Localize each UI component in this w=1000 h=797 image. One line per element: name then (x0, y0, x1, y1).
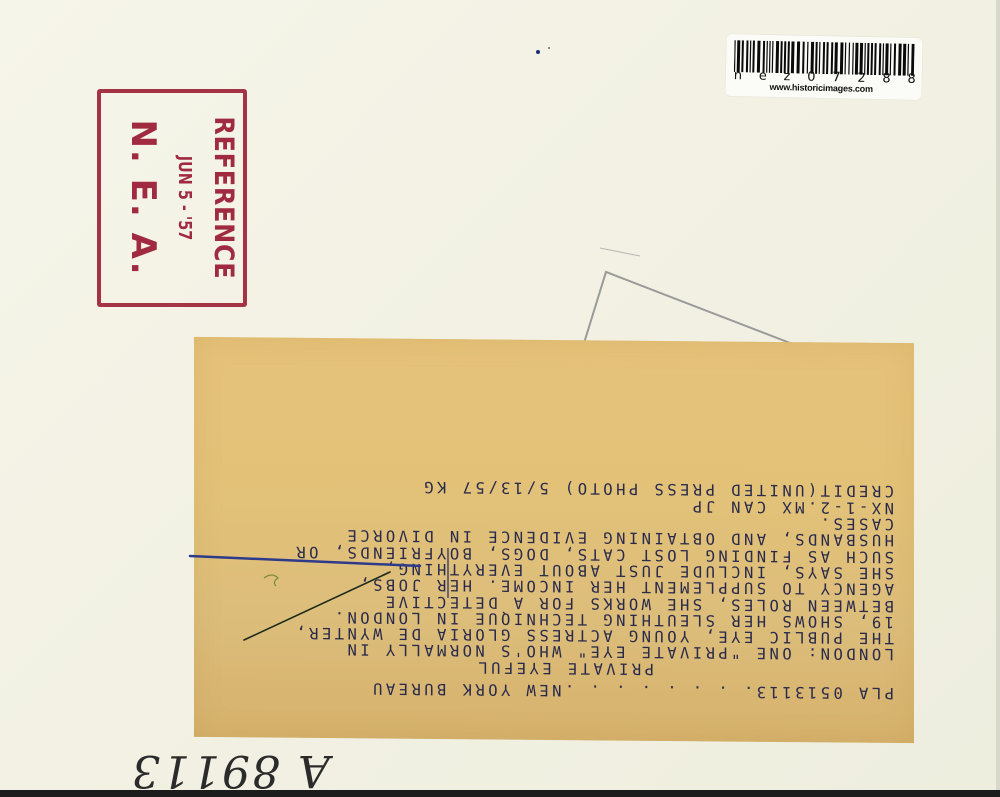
ink-dot (548, 47, 550, 49)
caption-paper: PLA 051311З. . . . . . . .NEW YORK BUREA… (194, 337, 914, 743)
barcode-char: 8 (882, 71, 891, 86)
barcode-website: www.historicimages.com (769, 82, 872, 94)
handwritten-number: A 89113 (130, 745, 330, 796)
stamp-date: JUN 5 - '57 (174, 122, 195, 274)
stamp-organization: N. E. A. (123, 103, 163, 293)
reference-stamp: REFERENCE JUN 5 - '57 N. E. A. (97, 89, 247, 307)
barcode-char: 8 (907, 72, 916, 87)
caption-text: PLA 051311З. . . . . . . .NEW YORK BUREA… (234, 379, 894, 701)
barcode-char: n (734, 68, 743, 83)
ink-dot (536, 50, 540, 54)
barcode-char: e (759, 69, 767, 84)
photo-edge (996, 0, 1000, 797)
stamp-title: REFERENCE (208, 114, 239, 281)
barcode-label: nez07288 www.historicimages.com (725, 34, 922, 100)
caption-line: PLA 051311З. . . . . . . .NEW YORK BUREA… (234, 679, 894, 701)
